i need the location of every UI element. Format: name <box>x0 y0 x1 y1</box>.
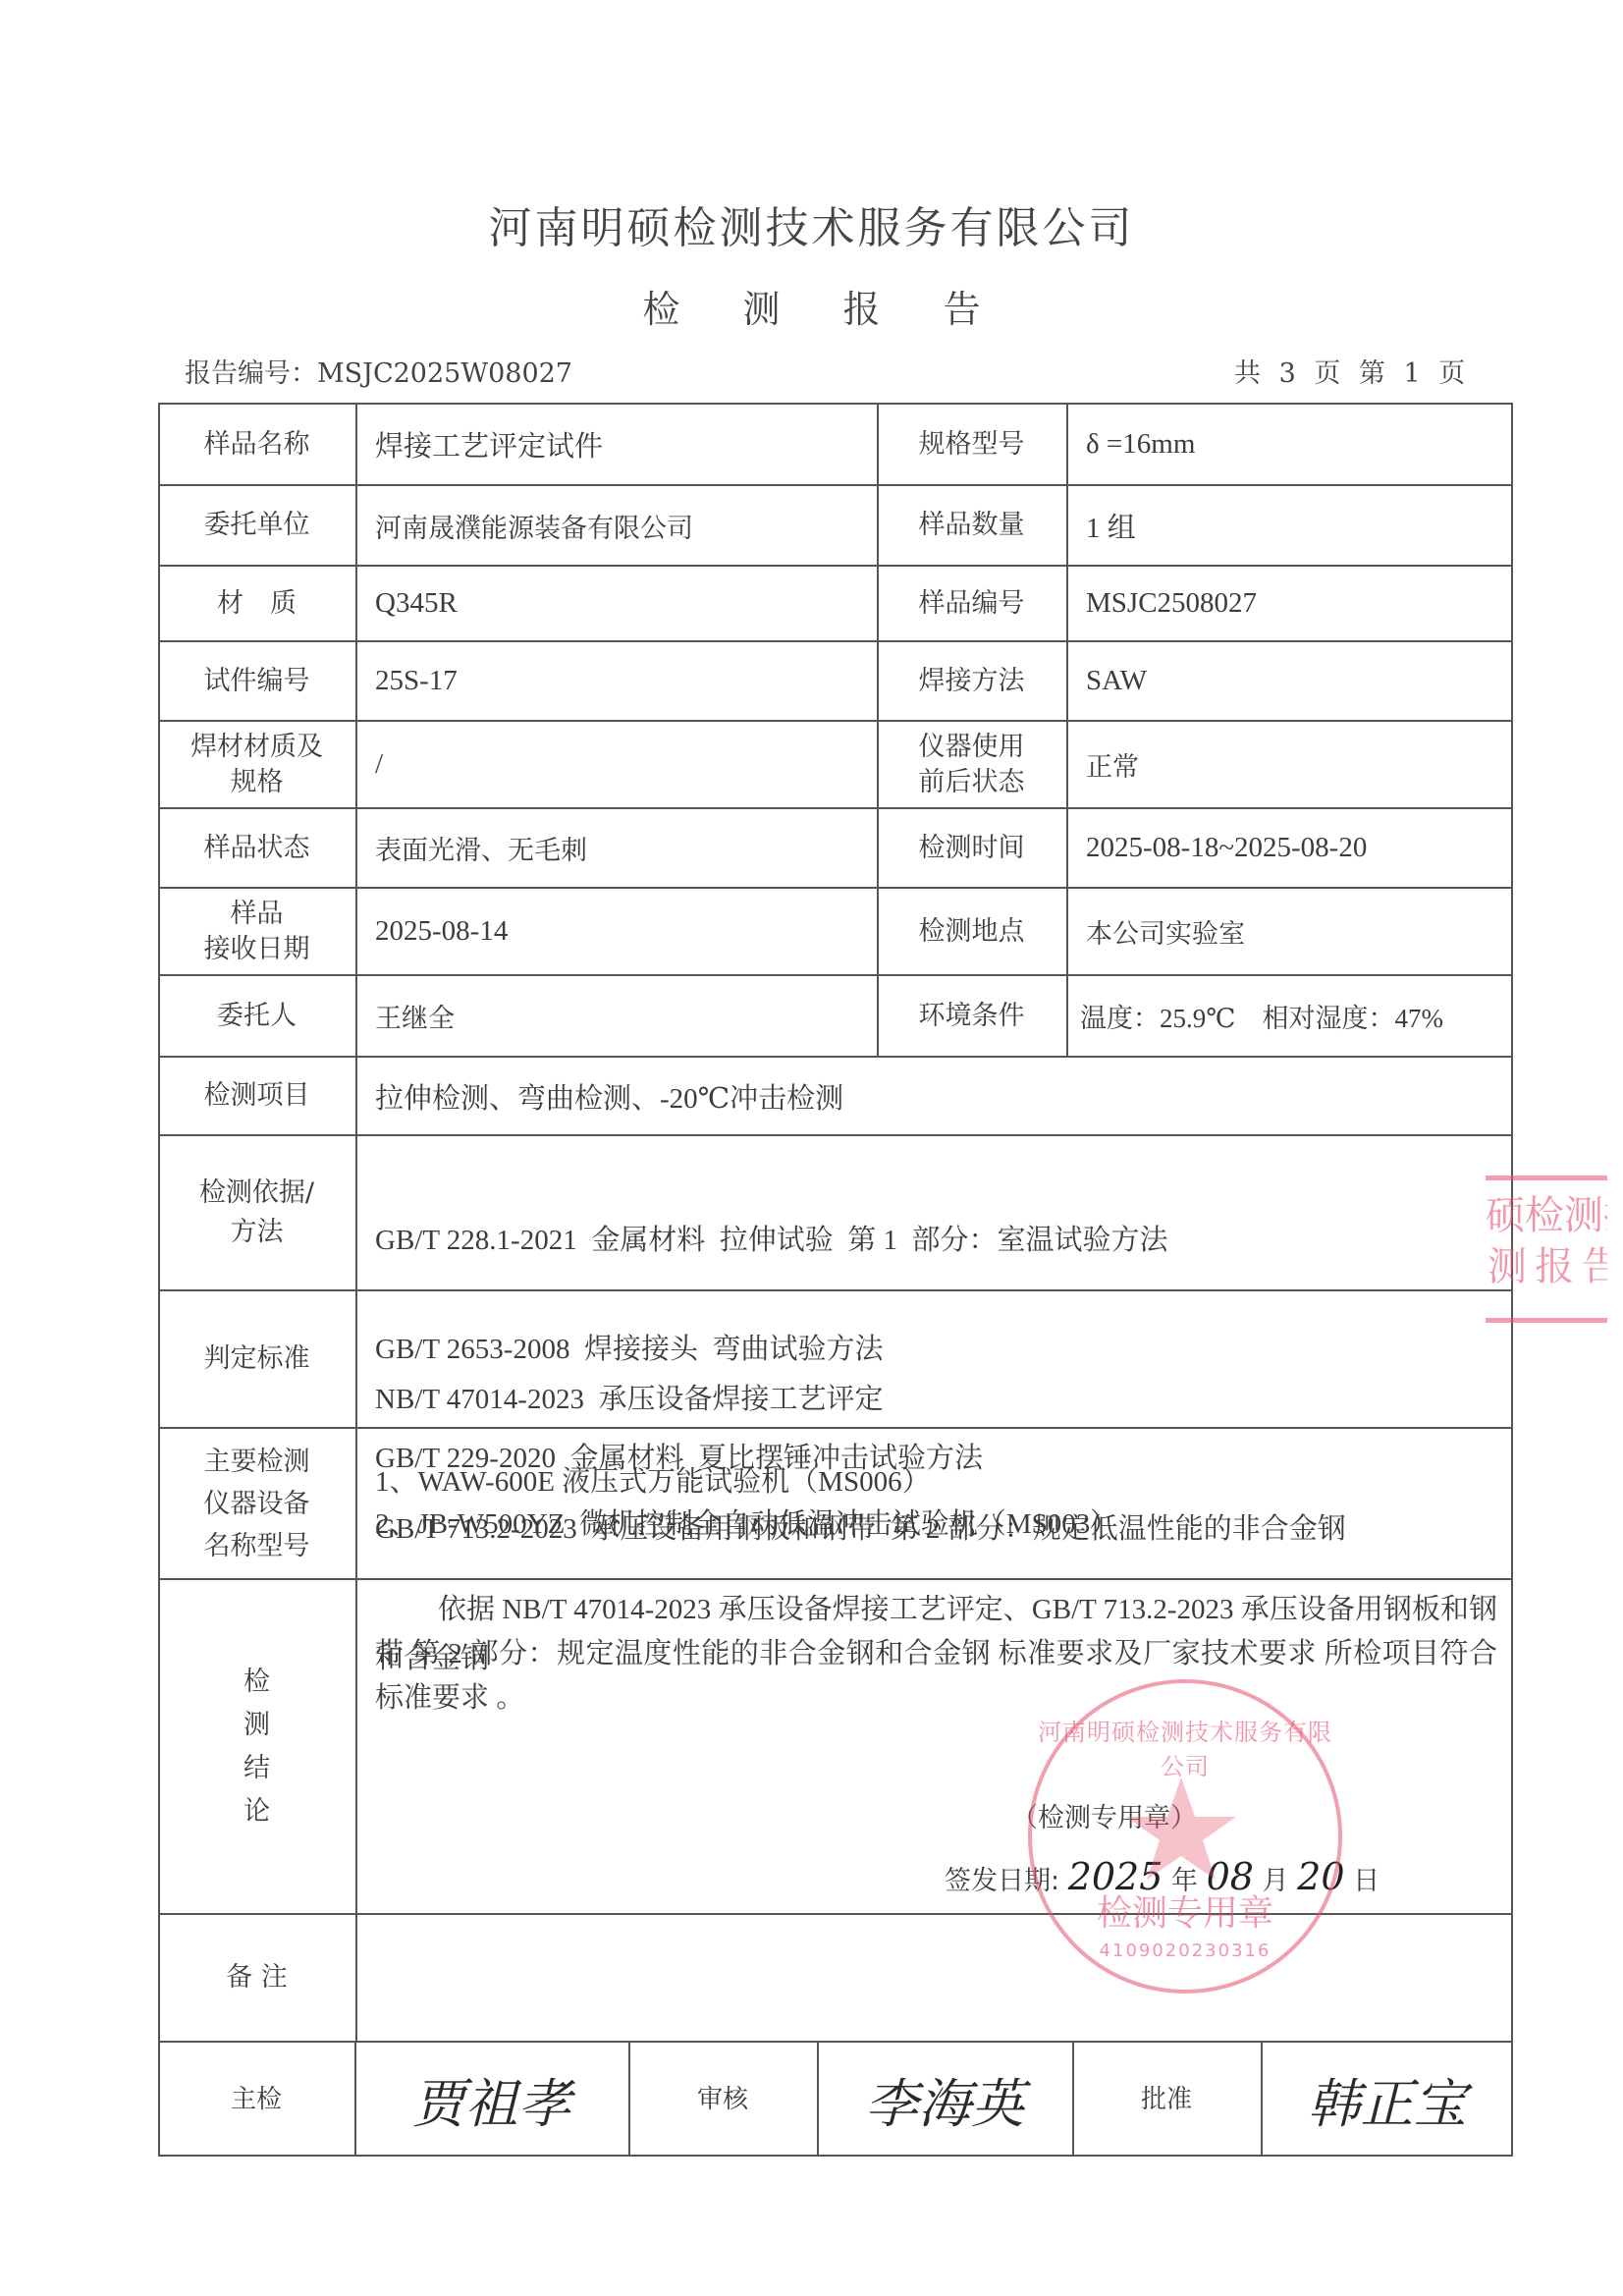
label-conclusion-char: 测 <box>243 1704 270 1747</box>
approver-signature: 韩正宝 <box>1261 2043 1513 2157</box>
label-receive-line2: 接收日期 <box>204 932 310 967</box>
value-sample-state: 表面光滑、无毛刺 <box>355 809 877 887</box>
value-receive-date: 2025-08-14 <box>355 889 877 974</box>
equipment-line: 1、WAW-600E 液压式万能试验机（MS006） <box>375 1461 931 1503</box>
row-specimen-no: 试件编号 25S-17 焊接方法 SAW <box>158 640 1513 720</box>
value-conclusion: 依据 NB/T 47014-2023 承压设备焊接工艺评定、GB/T 713.2… <box>355 1580 1513 1913</box>
label-specimen-no: 试件编号 <box>158 642 355 720</box>
value-material: Q345R <box>355 567 877 640</box>
label-conclusion-char: 论 <box>243 1790 270 1833</box>
label-spec: 规格型号 <box>877 405 1066 484</box>
issue-date-label: 签发日期: <box>945 1866 1059 1896</box>
label-equipment: 主要检测 仪器设备 名称型号 <box>158 1429 355 1578</box>
year-unit: 年 <box>1171 1866 1198 1896</box>
label-receive-line1: 样品 <box>231 897 284 932</box>
label-receive-date: 样品 接收日期 <box>158 889 355 974</box>
company-title: 河南明硕检测技术服务有限公司 <box>0 192 1623 255</box>
issue-day: 20 <box>1297 1855 1344 1898</box>
value-test-time: 2025-08-18~2025-08-20 <box>1066 809 1513 887</box>
issue-month: 08 <box>1207 1855 1254 1898</box>
label-criteria: 判定标准 <box>158 1291 355 1427</box>
value-test-items: 拉伸检测、弯曲检测、-20℃冲击检测 <box>355 1058 1513 1134</box>
label-sample-no: 样品编号 <box>877 567 1066 640</box>
value-instrument-state: 正常 <box>1066 722 1513 807</box>
row-consignor: 委托人 王继全 环境条件 温度：25.9℃ 相对湿度：47% <box>158 974 1513 1056</box>
row-criteria: 判定标准 NB/T 47014-2023 承压设备焊接工艺评定 GB/T 713… <box>158 1289 1513 1427</box>
value-consignor: 王继全 <box>355 976 877 1056</box>
label-basis-line2: 方法 <box>231 1213 284 1252</box>
label-reviewer: 审核 <box>628 2043 817 2157</box>
row-conclusion: 检 测 结 论 依据 NB/T 47014-2023 承压设备焊接工艺评定、GB… <box>158 1578 1513 1913</box>
month-unit: 月 <box>1263 1866 1289 1896</box>
day-unit: 日 <box>1353 1866 1380 1896</box>
row-sample-state: 样品状态 表面光滑、无毛刺 检测时间 2025-08-18~2025-08-20 <box>158 807 1513 887</box>
label-instrument-line2: 前后状态 <box>919 765 1025 800</box>
value-spec: δ =16mm <box>1066 405 1513 484</box>
label-conclusion-char: 检 <box>243 1661 270 1704</box>
value-specimen-no: 25S-17 <box>355 642 877 720</box>
edge-seal: 硕检测技 测报告 <box>1486 1175 1607 1323</box>
seal-note: （检测专用章） <box>1011 1796 1197 1834</box>
value-sample-no: MSJC2508027 <box>1066 567 1513 640</box>
value-remarks <box>355 1915 1513 2041</box>
label-test-time: 检测时间 <box>877 809 1066 887</box>
value-criteria: NB/T 47014-2023 承压设备焊接工艺评定 GB/T 713.2-20… <box>355 1291 1513 1427</box>
report-title: 检 测 报 告 <box>0 279 1623 333</box>
row-signatures: 主检 贾祖孝 审核 李海英 批准 韩正宝 <box>158 2041 1513 2157</box>
report-number-value: MSJC2025W08027 <box>317 358 572 389</box>
row-sample-name: 样品名称 焊接工艺评定试件 规格型号 δ =16mm <box>158 403 1513 484</box>
inspector-signature: 贾祖孝 <box>354 2043 628 2157</box>
value-filler: / <box>355 722 877 807</box>
label-quantity: 样品数量 <box>877 486 1066 565</box>
row-test-basis: 检测依据/ 方法 GB/T 228.1-2021 金属材料 拉伸试验 第 1 部… <box>158 1134 1513 1289</box>
value-quantity: 1 组 <box>1066 486 1513 565</box>
value-test-place: 本公司实验室 <box>1066 889 1513 974</box>
label-consignor: 委托人 <box>158 976 355 1056</box>
row-material: 材 质 Q345R 样品编号 MSJC2508027 <box>158 565 1513 640</box>
value-weld-method: SAW <box>1066 642 1513 720</box>
label-equipment-line2: 仪器设备 <box>204 1483 310 1525</box>
label-remarks: 备 注 <box>158 1915 355 2041</box>
basis-line: GB/T 228.1-2021 金属材料 拉伸试验 第 1 部分：室温试验方法 <box>375 1223 1513 1259</box>
report-number-label: 报告编号： <box>185 358 317 389</box>
value-sample-name: 焊接工艺评定试件 <box>355 405 877 484</box>
reviewer-signature: 李海英 <box>817 2043 1072 2157</box>
row-receive-date: 样品 接收日期 2025-08-14 检测地点 本公司实验室 <box>158 887 1513 974</box>
label-conclusion-char: 结 <box>243 1747 270 1790</box>
label-equipment-line3: 名称型号 <box>204 1525 310 1567</box>
row-remarks: 备 注 <box>158 1913 1513 2041</box>
value-test-basis: GB/T 228.1-2021 金属材料 拉伸试验 第 1 部分：室温试验方法 … <box>355 1136 1513 1289</box>
label-basis-line1: 检测依据/ <box>199 1174 314 1213</box>
equipment-line: 2、JB-W500YZ 微机控制全自动低温冲击试验机（MS003） <box>375 1503 1118 1546</box>
conclusion-text: 依据 NB/T 47014-2023 承压设备焊接工艺评定、GB/T 713.2… <box>375 1588 1497 1721</box>
label-filler: 焊材材质及 规格 <box>158 722 355 807</box>
label-client: 委托单位 <box>158 486 355 565</box>
label-equipment-line1: 主要检测 <box>204 1441 310 1483</box>
label-conclusion: 检 测 结 论 <box>158 1580 355 1913</box>
label-inspector: 主检 <box>158 2043 354 2157</box>
label-environment: 环境条件 <box>877 976 1066 1056</box>
label-material: 材 质 <box>158 567 355 640</box>
label-test-place: 检测地点 <box>877 889 1066 974</box>
row-filler: 焊材材质及 规格 / 仪器使用 前后状态 正常 <box>158 720 1513 807</box>
criteria-line: NB/T 47014-2023 承压设备焊接工艺评定 <box>375 1378 1513 1421</box>
label-instrument-line1: 仪器使用 <box>919 730 1025 765</box>
page-info: 共 3 页 第 1 页 <box>1234 352 1465 390</box>
report-number: 报告编号：MSJC2025W08027 <box>185 352 572 390</box>
edge-seal-line1: 硕检测技 <box>1486 1190 1607 1241</box>
label-sample-name: 样品名称 <box>158 405 355 484</box>
label-approver: 批准 <box>1072 2043 1261 2157</box>
issue-year: 2025 <box>1068 1855 1163 1898</box>
label-sample-state: 样品状态 <box>158 809 355 887</box>
value-environment: 温度：25.9℃ 相对湿度：47% <box>1066 976 1513 1056</box>
value-equipment: 1、WAW-600E 液压式万能试验机（MS006） 2、JB-W500YZ 微… <box>355 1429 1513 1578</box>
label-filler-line2: 规格 <box>231 765 284 800</box>
label-filler-line1: 焊材材质及 <box>190 730 323 765</box>
label-instrument-state: 仪器使用 前后状态 <box>877 722 1066 807</box>
row-test-items: 检测项目 拉伸检测、弯曲检测、-20℃冲击检测 <box>158 1056 1513 1134</box>
issue-date: 签发日期: 2025 年 08 月 20 日 <box>945 1855 1380 1898</box>
row-equipment: 主要检测 仪器设备 名称型号 1、WAW-600E 液压式万能试验机（MS006… <box>158 1427 1513 1578</box>
value-client: 河南晟濮能源装备有限公司 <box>355 486 877 565</box>
label-test-basis: 检测依据/ 方法 <box>158 1136 355 1289</box>
row-client: 委托单位 河南晟濮能源装备有限公司 样品数量 1 组 <box>158 484 1513 565</box>
edge-seal-line2: 测报告 <box>1488 1241 1607 1292</box>
label-weld-method: 焊接方法 <box>877 642 1066 720</box>
label-test-items: 检测项目 <box>158 1058 355 1134</box>
